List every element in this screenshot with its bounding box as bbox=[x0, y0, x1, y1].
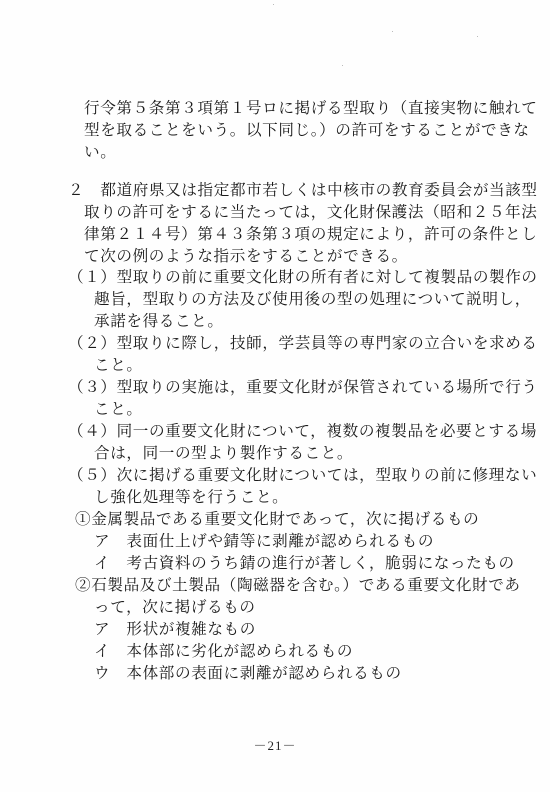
sub-item-circle-1: ①金属製品である重要文化財であって，次に掲げるもの bbox=[75, 509, 479, 529]
scan-speck bbox=[342, 65, 343, 66]
text-line: 取りの許可をするに当たっては，文化財保護法（昭和２５年法 bbox=[84, 202, 537, 222]
text-line: って，次に掲げるもの bbox=[94, 597, 256, 617]
list-item-3: （３）型取りの実施は，重要文化財が保管されている場所で行う bbox=[68, 377, 538, 397]
text-line: し強化処理等を行うこと。 bbox=[94, 487, 288, 507]
list-item-1: （１）型取りの前に重要文化財の所有者に対して複製品の製作の bbox=[68, 267, 538, 287]
text-line: 行令第５条第３項第１号ロに掲げる型取り（直接実物に触れて bbox=[84, 98, 537, 118]
text-line: こと。 bbox=[94, 355, 143, 375]
text-line: こと。 bbox=[94, 399, 143, 419]
sub-sub-item-a: ア 表面仕上げや錆等に剥離が認められるもの bbox=[94, 531, 434, 551]
list-item-2: （２）型取りに際し，技師，学芸員等の専門家の立合いを求める bbox=[68, 333, 538, 353]
list-item-4: （４）同一の重要文化財について，複数の複製品を必要とする場 bbox=[68, 421, 537, 441]
text-line: 型を取ることをいう。以下同じ。）の許可をすることができな bbox=[84, 120, 530, 140]
text-line: い。 bbox=[84, 142, 116, 162]
text-line: て次の例のような指示をすることができる。 bbox=[84, 246, 408, 266]
sub-sub-item-i: イ 本体部に劣化が認められるもの bbox=[94, 641, 353, 661]
list-item-5: （５）次に掲げる重要文化財については，型取りの前に修理ない bbox=[68, 465, 537, 485]
scan-speck bbox=[392, 31, 393, 32]
page-number: －21－ bbox=[0, 735, 550, 754]
text-line: 律第２１４号）第４３条第３項の規定により，許可の条件とし bbox=[84, 224, 537, 244]
sub-sub-item-i: イ 考古資料のうち錆の進行が著しく，脆弱になったもの bbox=[94, 553, 515, 573]
sub-sub-item-a: ア 形状が複雑なもの bbox=[94, 619, 256, 639]
scan-speck bbox=[477, 36, 478, 37]
text-line: 承諾を得ること。 bbox=[94, 311, 224, 331]
section-2-heading-line: ２ 都道府県又は指定都市若しくは中核市の教育委員会が当該型 bbox=[68, 180, 538, 200]
text-line: 趣旨，型取りの方法及び使用後の型の処理について説明し， bbox=[94, 289, 531, 309]
document-page: 行令第５条第３項第１号ロに掲げる型取り（直接実物に触れて 型を取ることをいう。以… bbox=[0, 0, 550, 792]
sub-sub-item-u: ウ 本体部の表面に剥離が認められるもの bbox=[94, 663, 402, 683]
text-line: 合は，同一の型より製作すること。 bbox=[94, 443, 353, 463]
sub-item-circle-2: ②石製品及び土製品（陶磁器を含む。）である重要文化財であ bbox=[75, 575, 521, 595]
scan-speck bbox=[273, 4, 274, 5]
